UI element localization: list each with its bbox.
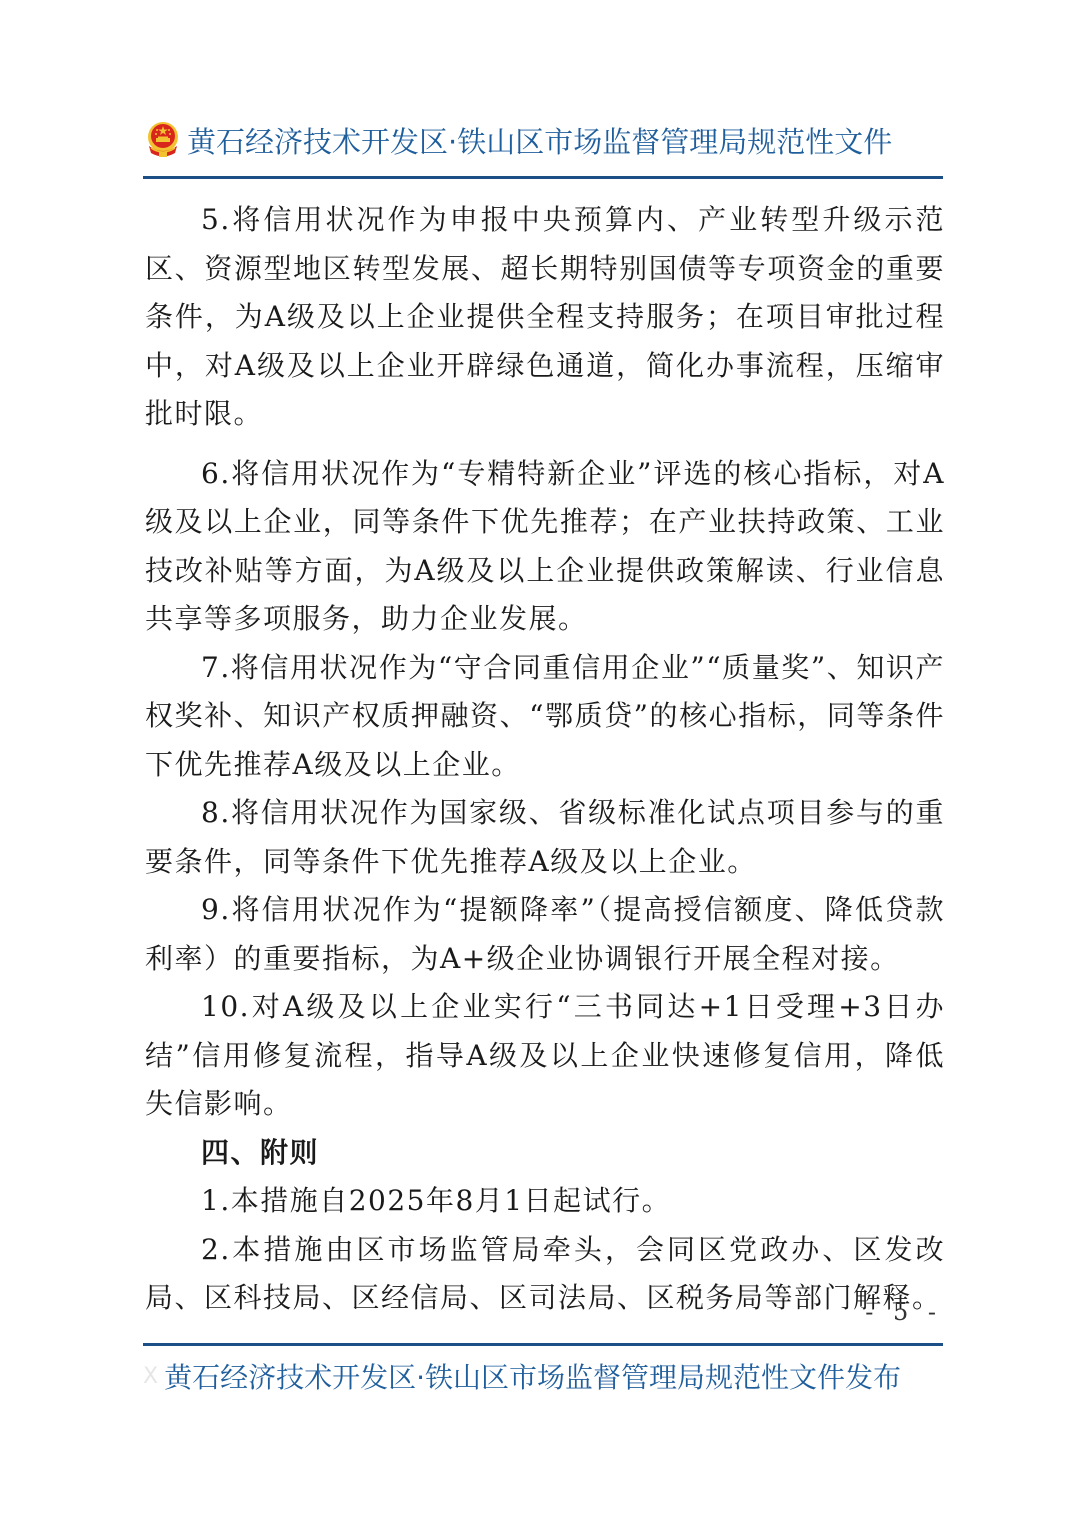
paragraph-item-7: 7.将信用状况作为“守合同重信用企业”“质量奖”、知识产权奖补、知识产权质押融资… <box>145 644 945 790</box>
header-title: 黄石经济技术开发区·铁山区市场监督管理局规范性文件 <box>187 120 892 161</box>
page-number: - 5 - <box>865 1298 942 1326</box>
document-header: 黄石经济技术开发区·铁山区市场监督管理局规范性文件 <box>145 112 945 168</box>
section-item-2: 2.本措施由区市场监管局牵头，会同区党政办、区发改局、区科技局、区经信局、区司法… <box>145 1226 945 1323</box>
paragraph-item-10: 10.对A级及以上企业实行“三书同达+1日受理+3日办结”信用修复流程，指导A级… <box>145 983 945 1129</box>
paragraph-item-6: 6.将信用状况作为“专精特新企业”评选的核心指标，对A级及以上企业，同等条件下优… <box>145 450 945 644</box>
paragraph-item-9: 9.将信用状况作为“提额降率”（提高授信额度、降低贷款利率）的重要指标，为A+级… <box>145 886 945 983</box>
footer-divider <box>143 1343 943 1346</box>
header-divider <box>143 176 943 179</box>
footer-title: 黄石经济技术开发区·铁山区市场监督管理局规范性文件发布 <box>164 1356 901 1396</box>
paragraph-item-8: 8.将信用状况作为国家级、省级标准化试点项目参与的重要条件，同等条件下优先推荐A… <box>145 789 945 886</box>
watermark-mark: X <box>143 1364 158 1389</box>
section-item-1: 1.本措施自2025年8月1日起试行。 <box>145 1177 945 1226</box>
document-footer: X 黄石经济技术开发区·铁山区市场监督管理局规范性文件发布 <box>143 1356 949 1396</box>
document-body: 5.将信用状况作为申报中央预算内、产业转型升级示范区、资源型地区转型发展、超长期… <box>145 196 945 1323</box>
national-emblem-icon <box>145 120 181 160</box>
paragraph-item-5: 5.将信用状况作为申报中央预算内、产业转型升级示范区、资源型地区转型发展、超长期… <box>145 196 945 439</box>
section-heading: 四、附则 <box>145 1129 945 1178</box>
